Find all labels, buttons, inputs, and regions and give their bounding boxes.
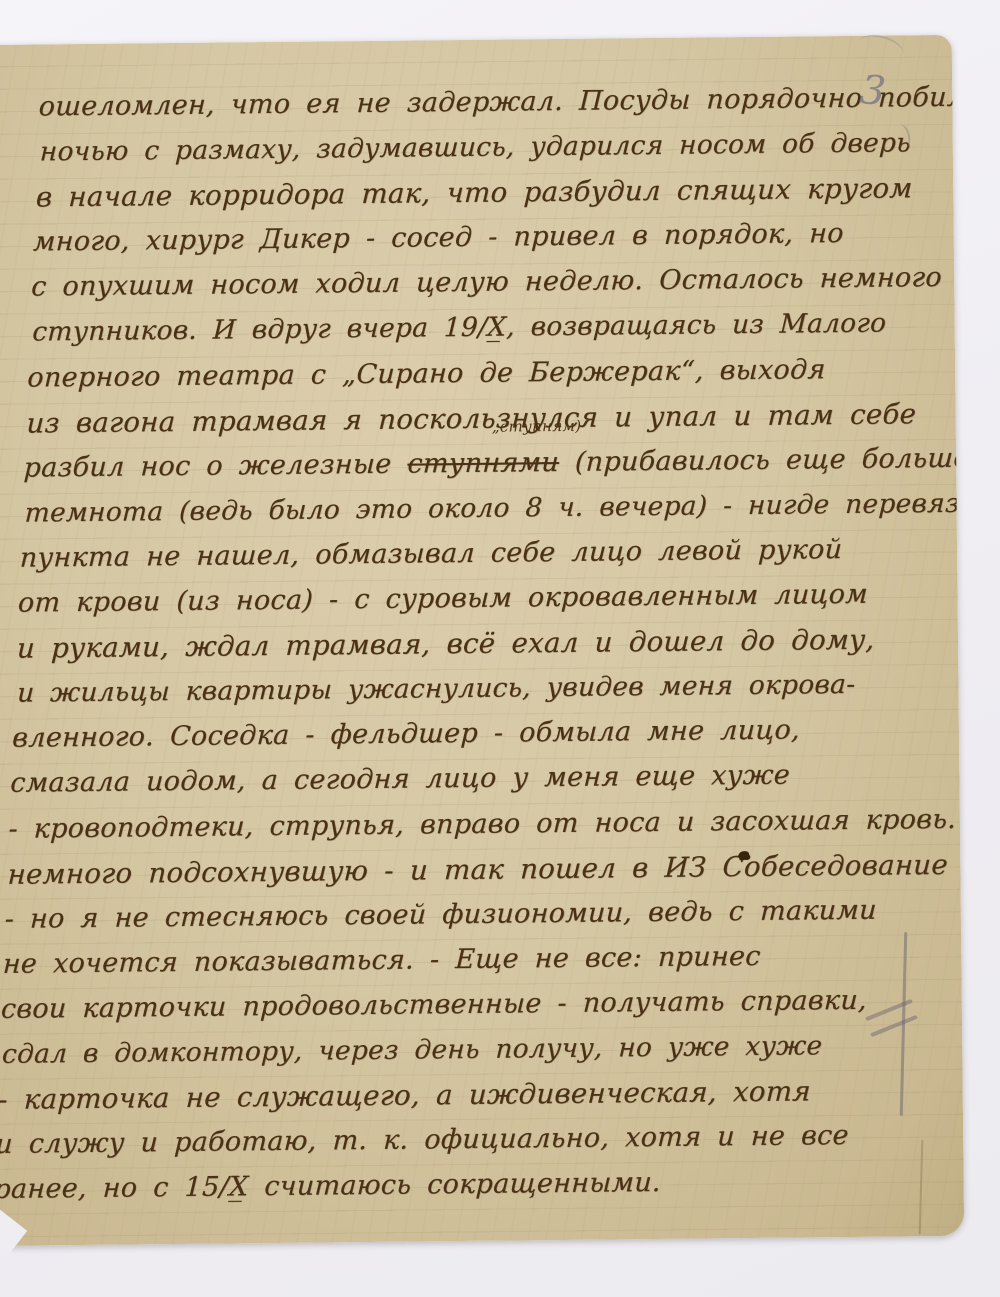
handwritten-line-25: ранее, но с 15/X̲ считаюсь сокращенными. (0, 1157, 924, 1212)
photographed-manuscript-page: { "document": { "kind": "handwritten let… (0, 0, 1000, 1297)
line-segment: разбил нос о железные (23, 448, 408, 483)
handwriting-lines: ошеломлен, что ея не задержал. Посуды по… (0, 75, 964, 1213)
page-number-pencil: 3 (858, 67, 888, 115)
line-segment: (прибавилось еще больше. (558, 442, 964, 477)
interlinear-insertion: „ступням) (492, 417, 582, 436)
struck-word: ступнями (407, 447, 560, 480)
manuscript-paper-sheet: ошеломлен, что ея не задержал. Посуды по… (0, 35, 964, 1246)
